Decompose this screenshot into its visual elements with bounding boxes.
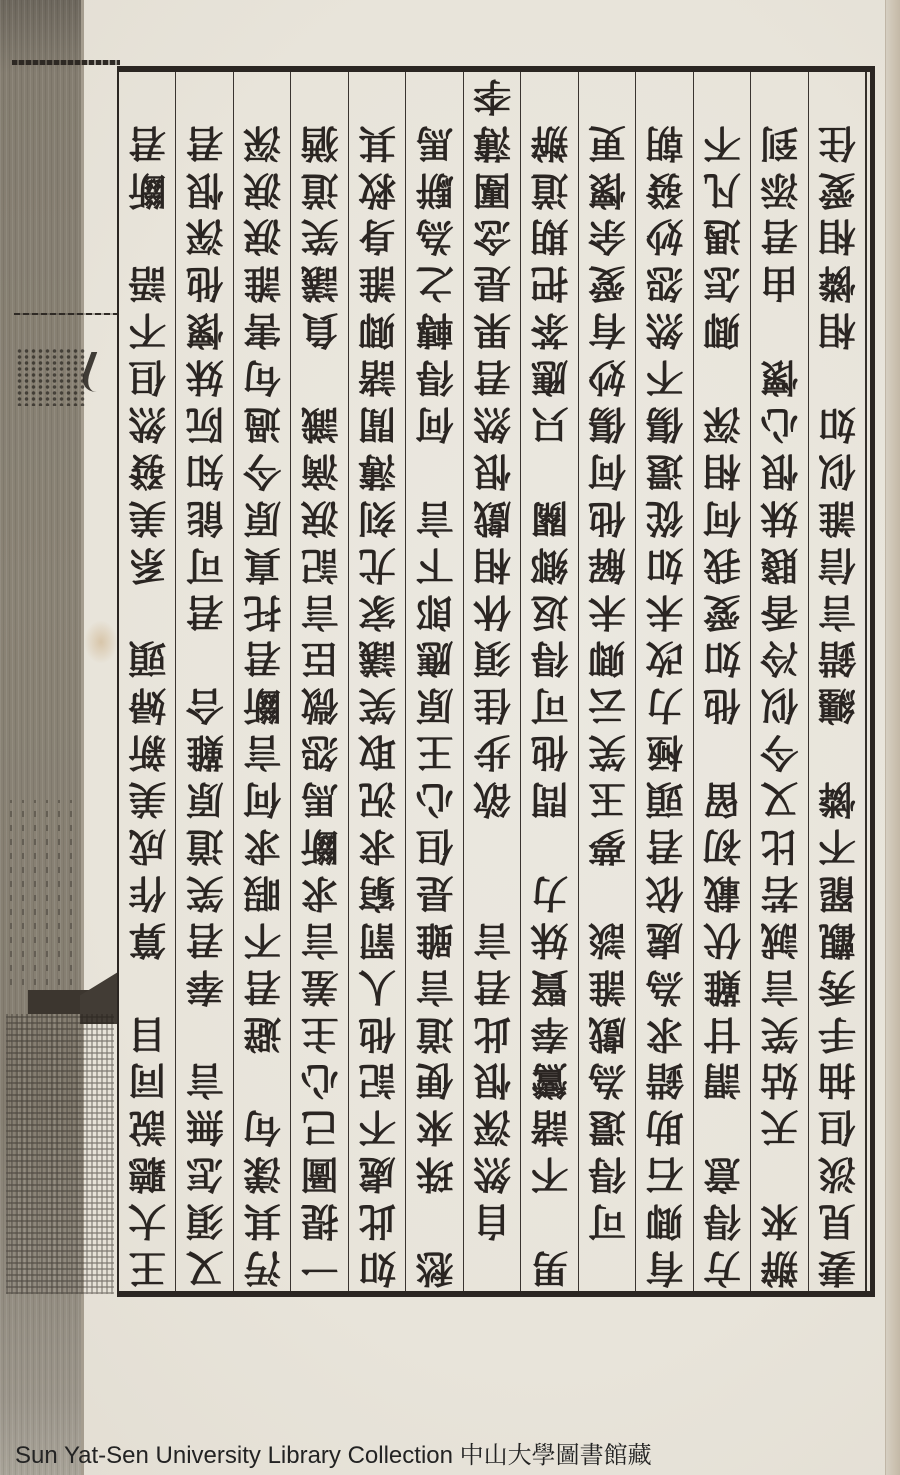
glyph: 況 [349, 775, 405, 822]
glyph: 解 [579, 541, 635, 588]
glyph: 辦 [751, 1244, 807, 1291]
glyph: 錯 [809, 635, 865, 682]
glyph: 鸞 [521, 1057, 577, 1104]
glyph: 恨 [751, 447, 807, 494]
glyph: 求 [234, 822, 290, 869]
glyph: 是 [406, 869, 462, 916]
glyph: 念 [464, 213, 520, 260]
glyph: 誰 [234, 259, 290, 306]
glyph: 道 [406, 1010, 462, 1057]
glyph: 應 [521, 353, 577, 400]
glyph: 載 [694, 869, 750, 916]
glyph: 手 [809, 1010, 865, 1057]
glyph: 系 [119, 541, 175, 588]
glyph: 愛 [809, 166, 865, 213]
glyph: 怨 [291, 728, 347, 775]
blank-slot [464, 822, 520, 869]
glyph: 夢 [579, 822, 635, 869]
glyph: 妙 [579, 353, 635, 400]
blank-slot [406, 1197, 462, 1244]
glyph: 力 [636, 681, 692, 728]
blank-slot [119, 213, 175, 260]
glyph: 改 [636, 635, 692, 682]
glyph: 頭 [636, 775, 692, 822]
glyph: 斷 [119, 166, 175, 213]
glyph: 來 [751, 1197, 807, 1244]
glyph: 談 [579, 916, 635, 963]
glyph: 救 [349, 166, 405, 213]
text-column-12: 辦來天姑笑言誠若比又今似冷香賤妹恨心懷由君添到 [751, 72, 808, 1291]
glyph: 羞 [291, 963, 347, 1010]
glyph: 誰 [579, 963, 635, 1010]
glyph: 甘 [694, 1010, 750, 1057]
glyph: 目 [119, 1010, 175, 1057]
glyph: 抽 [809, 1057, 865, 1104]
glyph: 君 [464, 963, 520, 1010]
glyph: 依 [636, 869, 692, 916]
glyph: 其 [234, 1197, 290, 1244]
blank-slot [751, 1150, 807, 1197]
glyph: 又 [751, 775, 807, 822]
blank-slot [579, 869, 635, 916]
glyph: 相 [464, 541, 520, 588]
glyph: 美 [119, 775, 175, 822]
blank-slot [809, 728, 865, 775]
glyph: 來 [406, 1103, 462, 1150]
glyph: 真 [234, 541, 290, 588]
glyph: 其 [349, 119, 405, 166]
glyph: 期 [521, 213, 577, 260]
glyph: 妹 [751, 494, 807, 541]
glyph: 休 [464, 588, 520, 635]
glyph: 能 [176, 494, 232, 541]
glyph: 遇 [694, 213, 750, 260]
glyph: 可 [521, 681, 577, 728]
glyph: 罰 [349, 916, 405, 963]
glyph: 窮 [349, 869, 405, 916]
block-heart-text-fragment [16, 348, 86, 406]
glyph: 石 [636, 1150, 692, 1197]
blank-slot [119, 963, 175, 1010]
glyph: 言 [406, 963, 462, 1010]
glyph: 初 [694, 822, 750, 869]
glyph: 信 [809, 541, 865, 588]
glyph: 如 [349, 1244, 405, 1291]
text-column-9: 可得還為戲誰談夢玉笑云卿未解他何傷妙有愛余懷更 [579, 72, 636, 1291]
glyph: 然 [464, 1150, 520, 1197]
glyph: 伏 [694, 916, 750, 963]
glyph: 今 [234, 447, 290, 494]
glyph: 君 [176, 588, 232, 635]
glyph: 為 [579, 1057, 635, 1104]
glyph: 須 [176, 1197, 232, 1244]
glyph: 愁 [406, 1244, 462, 1291]
text-column-10: 有卿石助錯求為處依君頭極力改未如從還傷不然怨妙發朝 [636, 72, 693, 1291]
text-column-3: 汚其漾句避君不暇求何言斷君托真原今過句害誰淚淚深 [234, 72, 291, 1291]
glyph: 添 [751, 166, 807, 213]
glyph: 他 [349, 1010, 405, 1057]
glyph: 淚 [234, 166, 290, 213]
glyph: 不 [521, 1150, 577, 1197]
glyph: 秀 [809, 963, 865, 1010]
glyph: 婦 [119, 681, 175, 728]
glyph: 滴 [291, 447, 347, 494]
glyph: 從 [636, 494, 692, 541]
blank-slot [119, 588, 175, 635]
glyph: 須 [464, 635, 520, 682]
glyph: 道 [521, 166, 577, 213]
glyph: 雖 [406, 916, 462, 963]
glyph: 道 [176, 822, 232, 869]
glyph: 合 [176, 681, 232, 728]
glyph: 憐 [809, 259, 865, 306]
glyph: 力 [521, 869, 577, 916]
glyph: 言 [464, 916, 520, 963]
glyph: 辦 [521, 119, 577, 166]
glyph: 怎 [176, 1150, 232, 1197]
glyph: 人 [349, 963, 405, 1010]
glyph: 言 [291, 916, 347, 963]
glyph: 此 [464, 1010, 520, 1057]
frame-top-rule-extension [12, 60, 120, 65]
glyph: 言 [809, 588, 865, 635]
blank-slot [176, 635, 232, 682]
glyph: 己 [291, 1103, 347, 1150]
glyph: 奉 [521, 1010, 577, 1057]
glyph: 到 [751, 119, 807, 166]
glyph: 如 [694, 635, 750, 682]
glyph: 賢 [521, 963, 577, 1010]
glyph: 議 [291, 259, 347, 306]
glyph: 微 [291, 681, 347, 728]
glyph: 天 [751, 1103, 807, 1150]
page-right-edge [885, 0, 900, 1475]
glyph: 若 [751, 869, 807, 916]
glyph: 求 [349, 822, 405, 869]
glyph: 頭 [119, 635, 175, 682]
glyph: 王 [406, 728, 462, 775]
blank-slot [291, 353, 347, 400]
glyph: 言 [406, 494, 462, 541]
glyph: 還 [579, 1103, 635, 1150]
glyph: 誰 [349, 259, 405, 306]
glyph: 相 [694, 447, 750, 494]
glyph: 然 [636, 306, 692, 353]
glyph: 難 [176, 728, 232, 775]
blank-slot [579, 1244, 635, 1291]
text-column-8: 男不諸鸞奉賢妹力問他可得返鄉關只應茶把期道辦 [521, 72, 578, 1291]
blank-slot [234, 1057, 290, 1104]
glyph: 如 [809, 400, 865, 447]
text-column-11: 方得意謂甘難伏載初留他如愛我何相深卿怎遇凡不 [694, 72, 751, 1291]
glyph: 卿 [636, 1197, 692, 1244]
glyph: 戲 [579, 1010, 635, 1057]
glyph: 句 [234, 353, 290, 400]
glyph: 負 [291, 306, 347, 353]
glyph: 道 [291, 166, 347, 213]
glyph: 何 [579, 447, 635, 494]
glyph: 由 [751, 259, 807, 306]
glyph: 未 [636, 588, 692, 635]
glyph: 妙 [636, 213, 692, 260]
glyph: 他 [694, 681, 750, 728]
glyph: 主 [291, 1010, 347, 1057]
glyph: 議 [349, 635, 405, 682]
glyph: 鄉 [521, 541, 577, 588]
glyph: 圖 [291, 1150, 347, 1197]
glyph: 處 [636, 916, 692, 963]
glyph: 君 [464, 353, 520, 400]
glyph: 馬 [291, 775, 347, 822]
glyph: 君 [176, 916, 232, 963]
glyph: 得 [694, 1197, 750, 1244]
glyph: 凡 [694, 166, 750, 213]
blank-slot [521, 1197, 577, 1244]
paper-stain [84, 620, 118, 664]
text-column-5: 如此處不記他人罰窮求況取笑議家尤刻薄閒諸卿誰身救其 [349, 72, 406, 1291]
glyph: 托 [234, 588, 290, 635]
glyph: 笑 [751, 1010, 807, 1057]
glyph: 男 [521, 1244, 577, 1291]
glyph: 轉 [406, 306, 462, 353]
glyph: 他 [579, 494, 635, 541]
glyph: 原 [176, 775, 232, 822]
blank-slot [176, 1010, 232, 1057]
glyph: 有 [636, 1244, 692, 1291]
glyph: 但 [119, 353, 175, 400]
glyph: 恨 [464, 1057, 520, 1104]
glyph: 玉 [579, 775, 635, 822]
glyph: 似 [751, 681, 807, 728]
glyph: 云 [579, 681, 635, 728]
glyph: 未 [579, 588, 635, 635]
glyph: 原 [406, 681, 462, 728]
library-collection-caption: Sun Yat-Sen University Library Collectio… [15, 1442, 652, 1470]
glyph: 應 [406, 635, 462, 682]
glyph: 助 [636, 1103, 692, 1150]
glyph: 提 [291, 1197, 347, 1244]
glyph: 步 [464, 728, 520, 775]
glyph: 知 [176, 447, 232, 494]
blank-slot [521, 447, 577, 494]
glyph: 難 [694, 963, 750, 1010]
glyph: 笑 [291, 213, 347, 260]
glyph: 傷 [636, 400, 692, 447]
glyph: 香 [751, 588, 807, 635]
glyph: 馬 [406, 119, 462, 166]
frame-inner-rule [865, 72, 867, 1291]
glyph: 怎 [694, 259, 750, 306]
glyph: 更 [579, 119, 635, 166]
glyph: 算 [119, 916, 175, 963]
glyph: 余 [579, 213, 635, 260]
blank-slot [694, 1103, 750, 1150]
glyph: 妻 [809, 1244, 865, 1291]
glyph: 君 [176, 119, 232, 166]
glyph: 淚 [234, 213, 290, 260]
glyph: 方 [694, 1244, 750, 1291]
glyph: 言 [176, 1057, 232, 1104]
glyph: 大 [119, 1197, 175, 1244]
glyph: 愛 [694, 588, 750, 635]
glyph: 不 [636, 353, 692, 400]
text-column-6: 愁珠來便道言雖是但心王原應郎下言何得轉之為駢馬 [406, 72, 463, 1291]
glyph: 汚 [234, 1244, 290, 1291]
glyph: 深 [234, 119, 290, 166]
glyph: 發 [119, 447, 175, 494]
glyph: 阮 [176, 400, 232, 447]
glyph: 王 [119, 1244, 175, 1291]
glyph: 茶 [521, 306, 577, 353]
glyph: 關 [521, 494, 577, 541]
glyph: 我 [694, 541, 750, 588]
glyph: 識 [291, 400, 347, 447]
glyph: 何 [694, 494, 750, 541]
glyph: 刻 [349, 494, 405, 541]
glyph: 記 [349, 1057, 405, 1104]
glyph: 諸 [349, 353, 405, 400]
glyph: 妹 [521, 916, 577, 963]
glyph: 卿 [579, 635, 635, 682]
glyph: 君 [751, 213, 807, 260]
glyph: 返 [521, 588, 577, 635]
glyph: 只 [521, 400, 577, 447]
glyph: 何 [234, 775, 290, 822]
glyph: 憐 [809, 775, 865, 822]
glyph: 深 [464, 1103, 520, 1150]
glyph: 君 [119, 119, 175, 166]
glyph: 薄 [349, 447, 405, 494]
glyph: 為 [406, 213, 462, 260]
glyph: 便 [406, 1057, 462, 1104]
glyph: 然 [119, 400, 175, 447]
glyph: 句 [234, 1103, 290, 1150]
glyph: 李 [464, 72, 520, 119]
glyph: 為 [636, 963, 692, 1010]
glyph: 猶 [291, 119, 347, 166]
glyph: 郎 [406, 588, 462, 635]
glyph: 他 [176, 259, 232, 306]
glyph: 但 [406, 822, 462, 869]
glyph: 纏 [809, 681, 865, 728]
glyph: 恨 [176, 166, 232, 213]
glyph: 心 [751, 400, 807, 447]
glyph: 留 [694, 775, 750, 822]
blank-slot [809, 353, 865, 400]
blank-slot [464, 869, 520, 916]
glyph: 漾 [234, 1150, 290, 1197]
glyph: 言 [751, 963, 807, 1010]
glyph: 卿 [694, 306, 750, 353]
glyph: 不 [119, 306, 175, 353]
glyph: 過 [234, 400, 290, 447]
glyph: 身 [349, 213, 405, 260]
glyph: 朝 [636, 119, 692, 166]
glyph: 奉 [176, 963, 232, 1010]
glyph: 誠 [751, 916, 807, 963]
glyph: 君 [234, 963, 290, 1010]
blank-slot [694, 728, 750, 775]
glyph: 他 [521, 728, 577, 775]
glyph: 懷 [751, 353, 807, 400]
glyph: 冷 [751, 635, 807, 682]
glyph: 戲 [464, 494, 520, 541]
glyph: 欲 [464, 775, 520, 822]
glyph: 愛 [579, 259, 635, 306]
glyph: 記 [291, 541, 347, 588]
glyph: 家 [349, 588, 405, 635]
glyph: 不 [349, 1103, 405, 1150]
upside-down-text-block: 王大聽說同目算作成美新婦頭系美發然但不語斷君 又須怎無言奉君笑道原難合君可能知阮… [119, 72, 865, 1291]
glyph: 諸 [521, 1103, 577, 1150]
glyph: 閒 [349, 400, 405, 447]
glyph: 何 [406, 400, 462, 447]
glyph: 取 [349, 728, 405, 775]
glyph: 極 [636, 728, 692, 775]
glyph: 語 [119, 259, 175, 306]
glyph: 懷 [579, 166, 635, 213]
glyph: 心 [406, 775, 462, 822]
blank-slot [694, 353, 750, 400]
glyph: 比 [751, 822, 807, 869]
glyph: 佳 [464, 681, 520, 728]
glyph: 團 [464, 166, 520, 213]
glyph: 相 [809, 213, 865, 260]
text-column-2: 又須怎無言奉君笑道原難合君可能知阮妹懷他深恨君 [176, 72, 233, 1291]
glyph: 但 [809, 1103, 865, 1150]
glyph: 誰 [809, 494, 865, 541]
glyph: 聽 [119, 1150, 175, 1197]
glyph: 害 [234, 306, 290, 353]
glyph: 言 [291, 588, 347, 635]
glyph: 君 [234, 635, 290, 682]
edge-bleed-marks [10, 800, 80, 985]
glyph: 傷 [579, 400, 635, 447]
glyph: 暇 [234, 869, 290, 916]
glyph: 笑 [176, 869, 232, 916]
glyph: 求 [291, 869, 347, 916]
glyph: 意 [694, 1150, 750, 1197]
glyph: 求 [636, 1010, 692, 1057]
glyph: 見 [809, 1197, 865, 1244]
glyph: 發 [636, 166, 692, 213]
glyph: 問 [521, 775, 577, 822]
glyph: 果 [464, 306, 520, 353]
glyph: 深 [176, 213, 232, 260]
glyph: 無 [176, 1103, 232, 1150]
printed-border-frame: 王大聽說同目算作成美新婦頭系美發然但不語斷君 又須怎無言奉君笑道原難合君可能知阮… [117, 66, 875, 1297]
blank-slot [751, 306, 807, 353]
glyph: 又 [176, 1244, 232, 1291]
glyph: 似 [809, 447, 865, 494]
text-column-4: 一提圖己心主羞言求斷馬怨微臣言記淚滴識負議笑道猶 [291, 72, 348, 1291]
glyph: 避 [234, 1010, 290, 1057]
glyph: 下 [406, 541, 462, 588]
glyph: 君 [636, 822, 692, 869]
glyph: 懷 [176, 306, 232, 353]
glyph: 新 [119, 728, 175, 775]
block-heart-divider-line [14, 313, 118, 315]
glyph: 不 [809, 822, 865, 869]
text-column-7: 自然深恨此君言欲步佳須休相戲恨然君果是念團薄李 [464, 72, 521, 1291]
glyph: 駢 [406, 166, 462, 213]
glyph: 得 [521, 635, 577, 682]
edge-bleed-text [6, 1014, 114, 1294]
glyph: 不 [694, 119, 750, 166]
glyph: 錯 [636, 1057, 692, 1104]
blank-slot [464, 1244, 520, 1291]
glyph: 原 [234, 494, 290, 541]
